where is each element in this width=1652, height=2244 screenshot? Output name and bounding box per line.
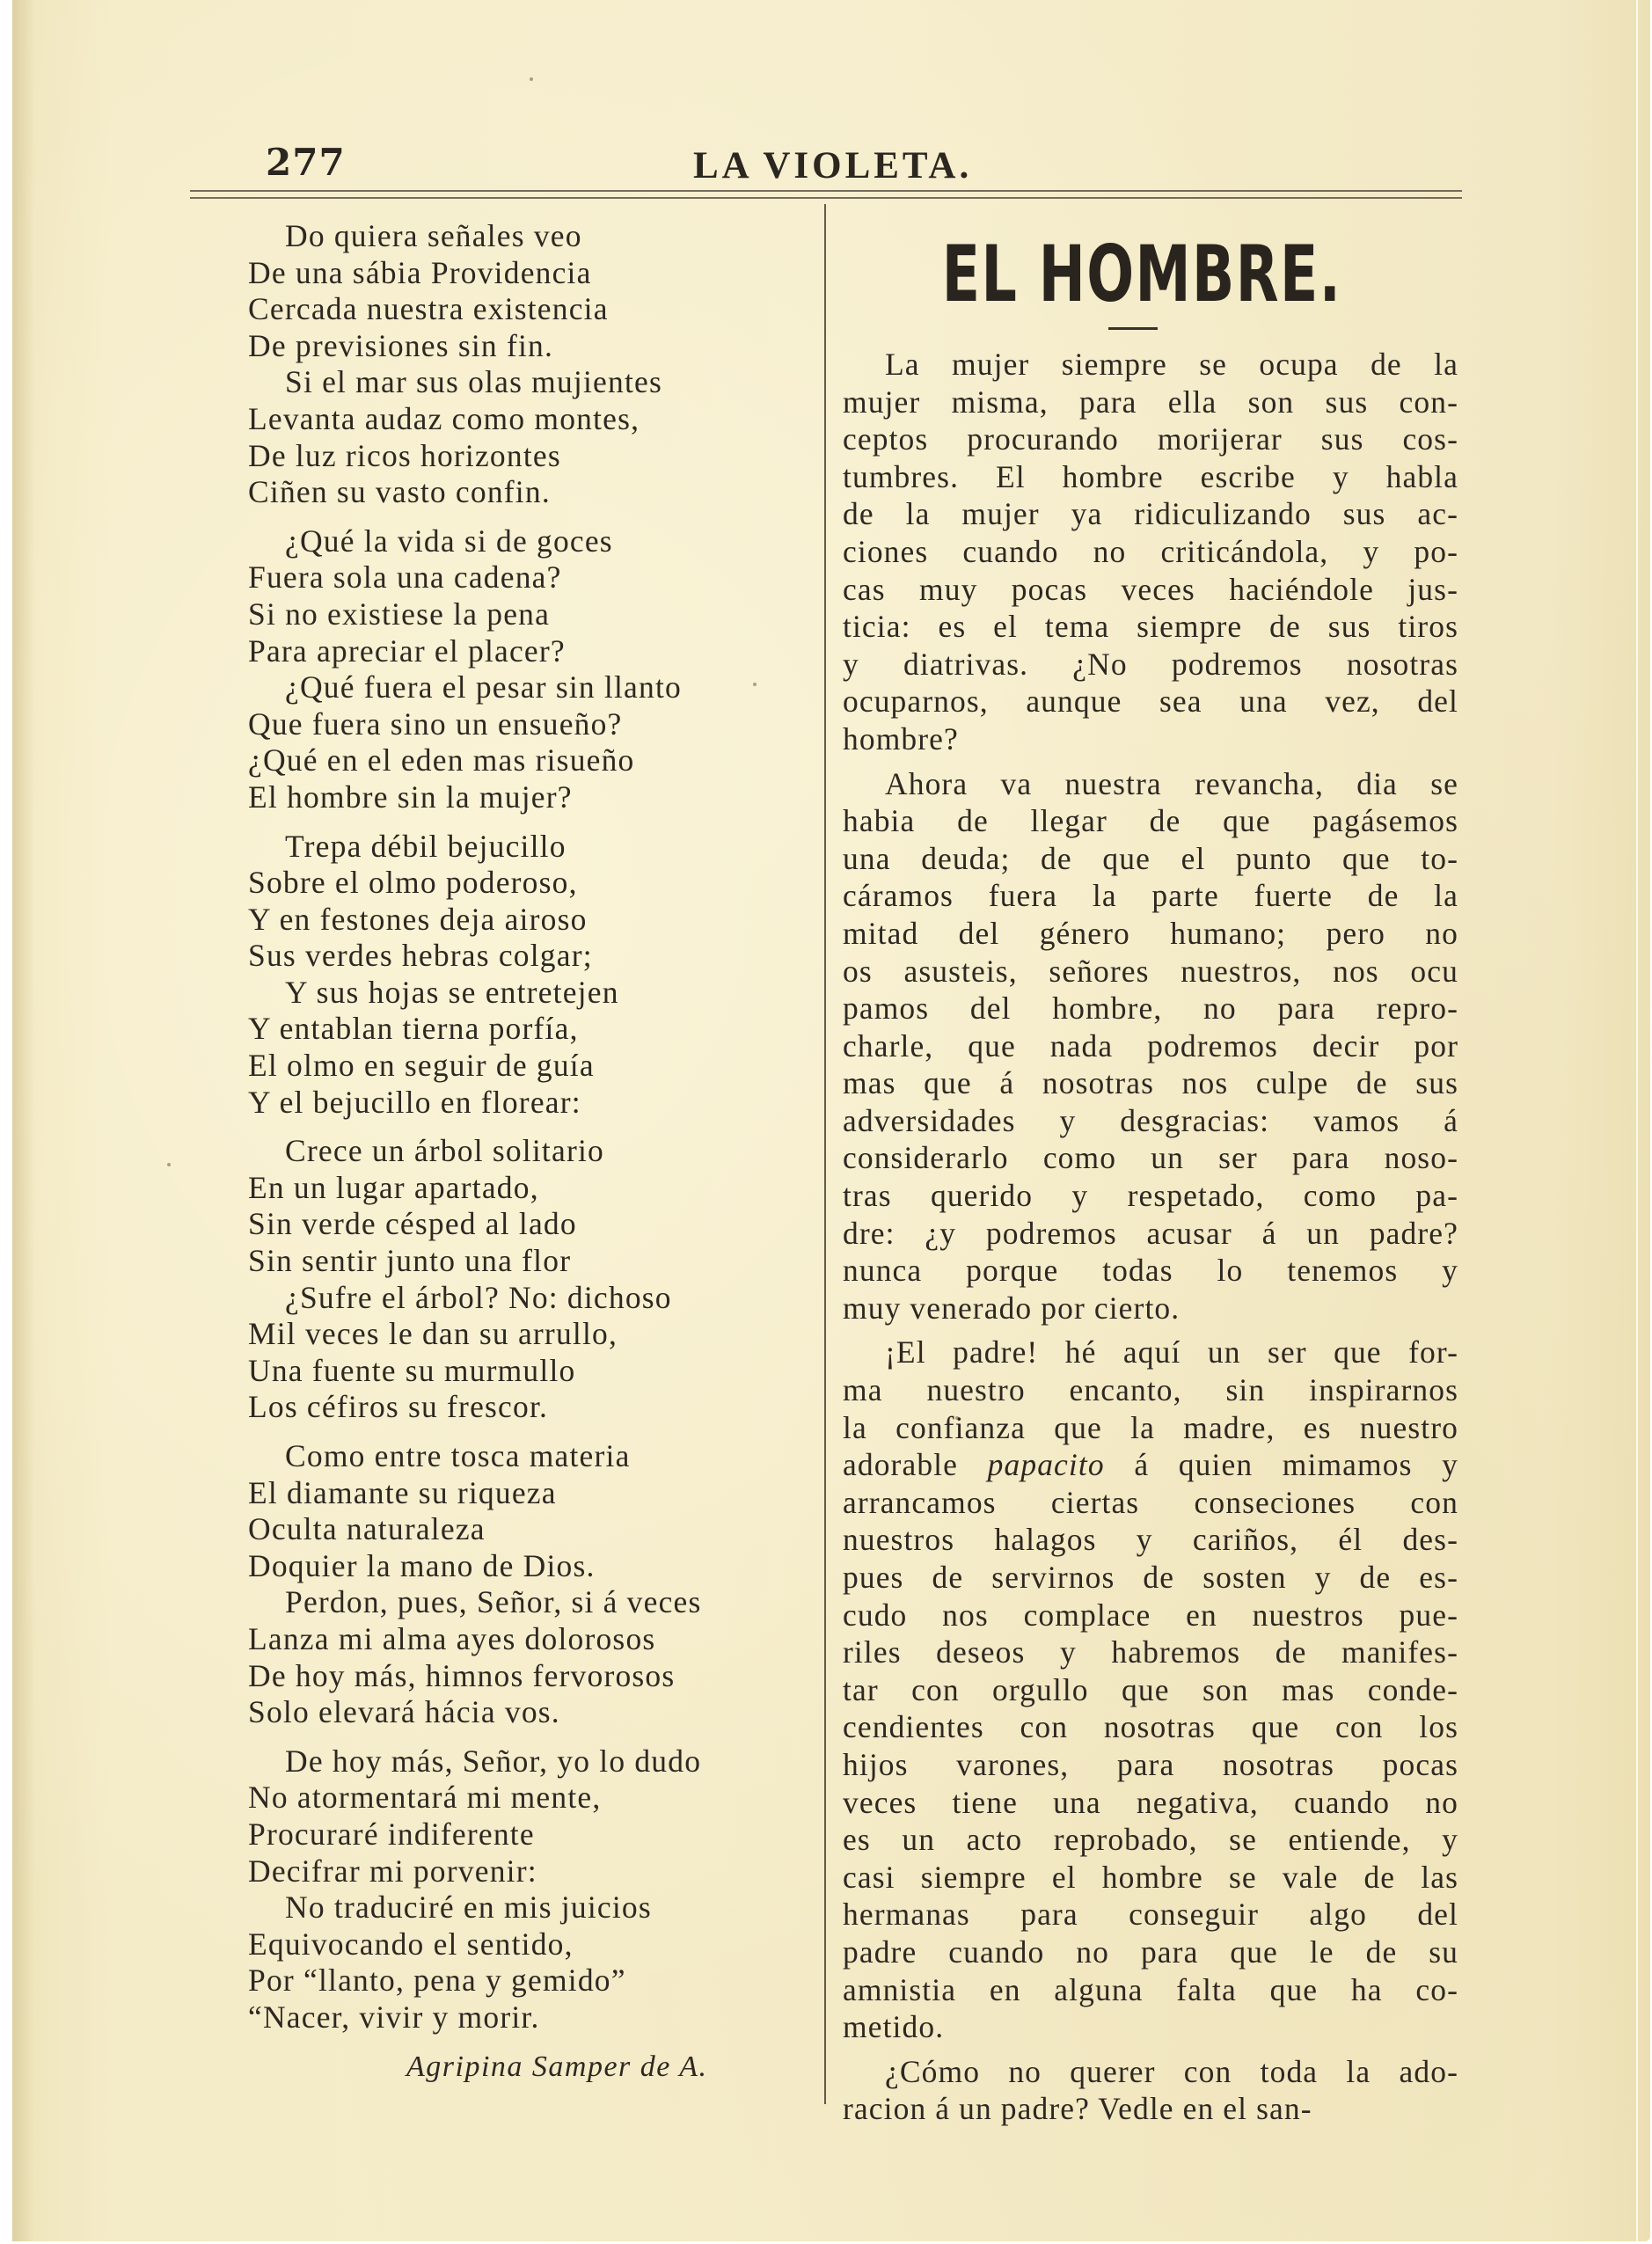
article-line: ticia: es el tema siempre de sus tiros	[843, 608, 1458, 646]
poem-stanza: Si el mar sus olas mujientesLevanta auda…	[248, 364, 811, 510]
poem-verse: ¿Qué en el eden mas risueño	[248, 742, 811, 779]
poem-verse: Si no existiese la pena	[248, 596, 811, 633]
poem-verse: El olmo en seguir de guía	[248, 1048, 811, 1085]
article-line: veces tiene una negativa, cuando no	[843, 1784, 1458, 1822]
article-line: amnistia en alguna falta que ha co-	[843, 1971, 1458, 2009]
poem-verse: De hoy más, himnos fervorosos	[248, 1658, 811, 1695]
article-paragraph: ¿Cómo no querer con toda la ado-racion á…	[843, 2053, 1458, 2128]
poem-column: Do quiera señales veoDe una sábia Provid…	[248, 218, 811, 2085]
poem-verse: Doquier la mano de Dios.	[248, 1548, 811, 1585]
poem-verse: Sus verdes hebras colgar;	[248, 938, 811, 975]
article-line: y diatrivas. ¿No podremos nosotras	[843, 646, 1458, 683]
poem-stanza: Y sus hojas se entretejenY entablan tier…	[248, 975, 811, 1121]
poem-verse: Perdon, pues, Señor, si á veces	[248, 1584, 811, 1621]
poem-verse: De luz ricos horizontes	[248, 438, 811, 475]
page-edge-highlight	[1636, 0, 1638, 2241]
poem-verse: En un lugar apartado,	[248, 1170, 811, 1207]
poem-verse: El diamante su riqueza	[248, 1475, 811, 1512]
poem-verse: Sin sentir junto una flor	[248, 1243, 811, 1280]
poem-verse: Levanta audaz como montes,	[248, 401, 811, 438]
poem-verse: “Nacer, vivir y morir.	[248, 1999, 811, 2036]
article-line: ocuparnos, aunque sea una vez, del	[843, 683, 1458, 720]
poem-stanza: ¿Qué la vida si de gocesFuera sola una c…	[248, 523, 811, 669]
article-line: padre cuando no para que le de su	[843, 1933, 1458, 1971]
article-line: nunca porque todas lo tenemos y	[843, 1252, 1458, 1290]
poem-verse: El hombre sin la mujer?	[248, 779, 811, 816]
article-line: tumbres. El hombre escribe y habla	[843, 458, 1458, 496]
poem-verse: Y en festones deja airoso	[248, 902, 811, 939]
article-paragraph: ¡El padre! hé aquí un ser que for-ma nue…	[843, 1334, 1458, 2045]
article-line: tar con orgullo que son mas conde-	[843, 1671, 1458, 1709]
poem-verse: Ciñen su vasto confin.	[248, 474, 811, 511]
poem-signature: Agripina Samper de A.	[248, 2049, 811, 2086]
poem-verse: Decifrar mi porvenir:	[248, 1853, 811, 1890]
article-line: una deuda; de que el punto que to-	[843, 840, 1458, 878]
poem-stanza: ¿Qué fuera el pesar sin llantoQue fuera …	[248, 669, 811, 815]
article-line: tras querido y respetado, como pa-	[843, 1177, 1458, 1215]
article-line: cendientes con nosotras que con los	[843, 1708, 1458, 1746]
poem-verse: Do quiera señales veo	[248, 218, 811, 255]
article-line: metido.	[843, 2008, 1458, 2046]
article-line: nuestros halagos y cariños, él des-	[843, 1521, 1458, 1559]
poem-verse: ¿Sufre el árbol? No: dichoso	[248, 1280, 811, 1317]
poem-stanza: No traduciré en mis juiciosEquivocando e…	[248, 1889, 811, 2036]
poem-verse: Y el bejucillo en florear:	[248, 1085, 811, 1122]
poem-verse: Y entablan tierna porfía,	[248, 1011, 811, 1048]
poem-stanza: Perdon, pues, Señor, si á vecesLanza mi …	[248, 1584, 811, 1730]
header-rule-bottom	[190, 197, 1462, 199]
article-line: mas que á nosotras nos culpe de sus	[843, 1064, 1458, 1102]
article-line: cáramos fuera la parte fuerte de la	[843, 877, 1458, 915]
article-line: cudo nos complace en nuestros pue-	[843, 1597, 1458, 1634]
poem-verse: Los céfiros su frescor.	[248, 1389, 811, 1426]
page-header: 277 LA VIOLETA.	[190, 139, 1474, 192]
poem-verse: De una sábia Providencia	[248, 255, 811, 292]
poem-verse: Para apreciar el placer?	[248, 633, 811, 670]
page-edge-shadow	[12, 0, 35, 2241]
article-line: de la mujer ya ridiculizando sus ac-	[843, 495, 1458, 533]
article-line: muy venerado por cierto.	[843, 1290, 1458, 1327]
title-rule	[1108, 327, 1158, 330]
poem-verse: Una fuente su murmullo	[248, 1353, 811, 1390]
poem-verse: Lanza mi alma ayes dolorosos	[248, 1621, 811, 1658]
article-line: hombre?	[843, 720, 1458, 758]
article-line: mitad del género humano; pero no	[843, 915, 1458, 953]
poem-verse: Que fuera sino un ensueño?	[248, 706, 811, 743]
article-line: arrancamos ciertas conseciones con	[843, 1484, 1458, 1522]
header-rule-top	[190, 190, 1462, 192]
poem-verse: Si el mar sus olas mujientes	[248, 364, 811, 401]
poem-stanza: Crece un árbol solitarioEn un lugar apar…	[248, 1133, 811, 1279]
italic-word: papacito	[988, 1447, 1105, 1482]
article-line: charle, que nada podremos decir por	[843, 1027, 1458, 1065]
paragraph-gap	[843, 1327, 1458, 1334]
journal-title: LA VIOLETA.	[693, 144, 972, 187]
poem-verse: Oculta naturaleza	[248, 1511, 811, 1548]
article-line: ceptos procurando morijerar sus cos-	[843, 420, 1458, 458]
article-line: casi siempre el hombre se vale de las	[843, 1859, 1458, 1897]
poem-verse: ¿Qué fuera el pesar sin llanto	[248, 669, 811, 706]
poem-stanza: Do quiera señales veoDe una sábia Provid…	[248, 218, 811, 364]
article-line: pues de servirnos de sosten y de es-	[843, 1559, 1458, 1597]
article-line: la confianza que la madre, es nuestro	[843, 1409, 1458, 1447]
article-line: pamos del hombre, no para repro-	[843, 990, 1458, 1027]
poem-stanza: Como entre tosca materiaEl diamante su r…	[248, 1438, 811, 1584]
paragraph-gap	[843, 2046, 1458, 2053]
article-line: La mujer siempre se ocupa de la	[843, 346, 1458, 384]
article-column: EL HOMBRE. La mujer siempre se ocupa de …	[843, 230, 1458, 2128]
article-line: ma nuestro encanto, sin inspirarnos	[843, 1371, 1458, 1409]
poem-verse: Crece un árbol solitario	[248, 1133, 811, 1170]
poem-verse: Equivocando el sentido,	[248, 1926, 811, 1963]
article-paragraph: Ahora va nuestra revancha, dia sehabia d…	[843, 765, 1458, 1327]
poem-stanza: ¿Sufre el árbol? No: dichosoMil veces le…	[248, 1280, 811, 1426]
poem-verse: Por “llanto, pena y gemido”	[248, 1963, 811, 1999]
article-line: ¡El padre! hé aquí un ser que for-	[843, 1334, 1458, 1371]
article-line: considerarlo como un ser para noso-	[843, 1139, 1458, 1177]
article-line: habia de llegar de que pagásemos	[843, 802, 1458, 840]
article-line: adversidades y desgracias: vamos á	[843, 1102, 1458, 1140]
poem-verse: Sobre el olmo poderoso,	[248, 865, 811, 902]
article-line: ciones cuando no criticándola, y po-	[843, 533, 1458, 571]
article-line: cas muy pocas veces haciéndole jus-	[843, 571, 1458, 609]
article-line: dre: ¿y podremos acusar á un padre?	[843, 1215, 1458, 1253]
poem-verse: Como entre tosca materia	[248, 1438, 811, 1475]
poem-verse: Fuera sola una cadena?	[248, 559, 811, 596]
paragraph-gap	[843, 758, 1458, 765]
poem-stanza: Trepa débil bejucilloSobre el olmo poder…	[248, 829, 811, 975]
article-line: es un acto reprobado, se entiende, y	[843, 1821, 1458, 1859]
article-line: adorable papacito á quien mimamos y	[843, 1446, 1458, 1484]
article-line: ¿Cómo no querer con toda la ado-	[843, 2053, 1458, 2091]
column-divider	[824, 204, 826, 2104]
article-title: EL HOMBRE.	[914, 230, 1370, 318]
poem-verse: No atormentará mi mente,	[248, 1780, 811, 1816]
poem-verse: Solo elevará hácia vos.	[248, 1694, 811, 1731]
article-line: racion á un padre? Vedle en el san-	[843, 2090, 1458, 2128]
poem-verse: Trepa débil bejucillo	[248, 829, 811, 866]
paper-speck	[530, 77, 533, 81]
article-line: Ahora va nuestra revancha, dia se	[843, 765, 1458, 803]
article-line: riles deseos y habremos de manifes-	[843, 1634, 1458, 1671]
article-line: mujer misma, para ella son sus con-	[843, 384, 1458, 421]
poem-verse: Sin verde césped al lado	[248, 1206, 811, 1243]
poem-verse: De previsiones sin fin.	[248, 328, 811, 365]
article-paragraph: La mujer siempre se ocupa de lamujer mis…	[843, 346, 1458, 758]
poem-verse: ¿Qué la vida si de goces	[248, 523, 811, 560]
poem-verse: No traduciré en mis juicios	[248, 1889, 811, 1926]
poem-verse: De hoy más, Señor, yo lo dudo	[248, 1743, 811, 1780]
poem-verse: Mil veces le dan su arrullo,	[248, 1316, 811, 1353]
article-body: La mujer siempre se ocupa de lamujer mis…	[843, 346, 1458, 2128]
article-line: hijos varones, para nosotras pocas	[843, 1746, 1458, 1784]
poem-verse: Y sus hojas se entretejen	[248, 975, 811, 1012]
article-line: os asusteis, señores nuestros, nos ocu	[843, 953, 1458, 990]
page-number: 277	[266, 141, 346, 184]
poem-verse: Procuraré indiferente	[248, 1816, 811, 1853]
poem-verse: Cercada nuestra existencia	[248, 291, 811, 328]
paper-speck	[167, 1163, 171, 1166]
article-line: hermanas para conseguir algo del	[843, 1896, 1458, 1933]
poem-stanza: De hoy más, Señor, yo lo dudoNo atorment…	[248, 1743, 811, 1889]
